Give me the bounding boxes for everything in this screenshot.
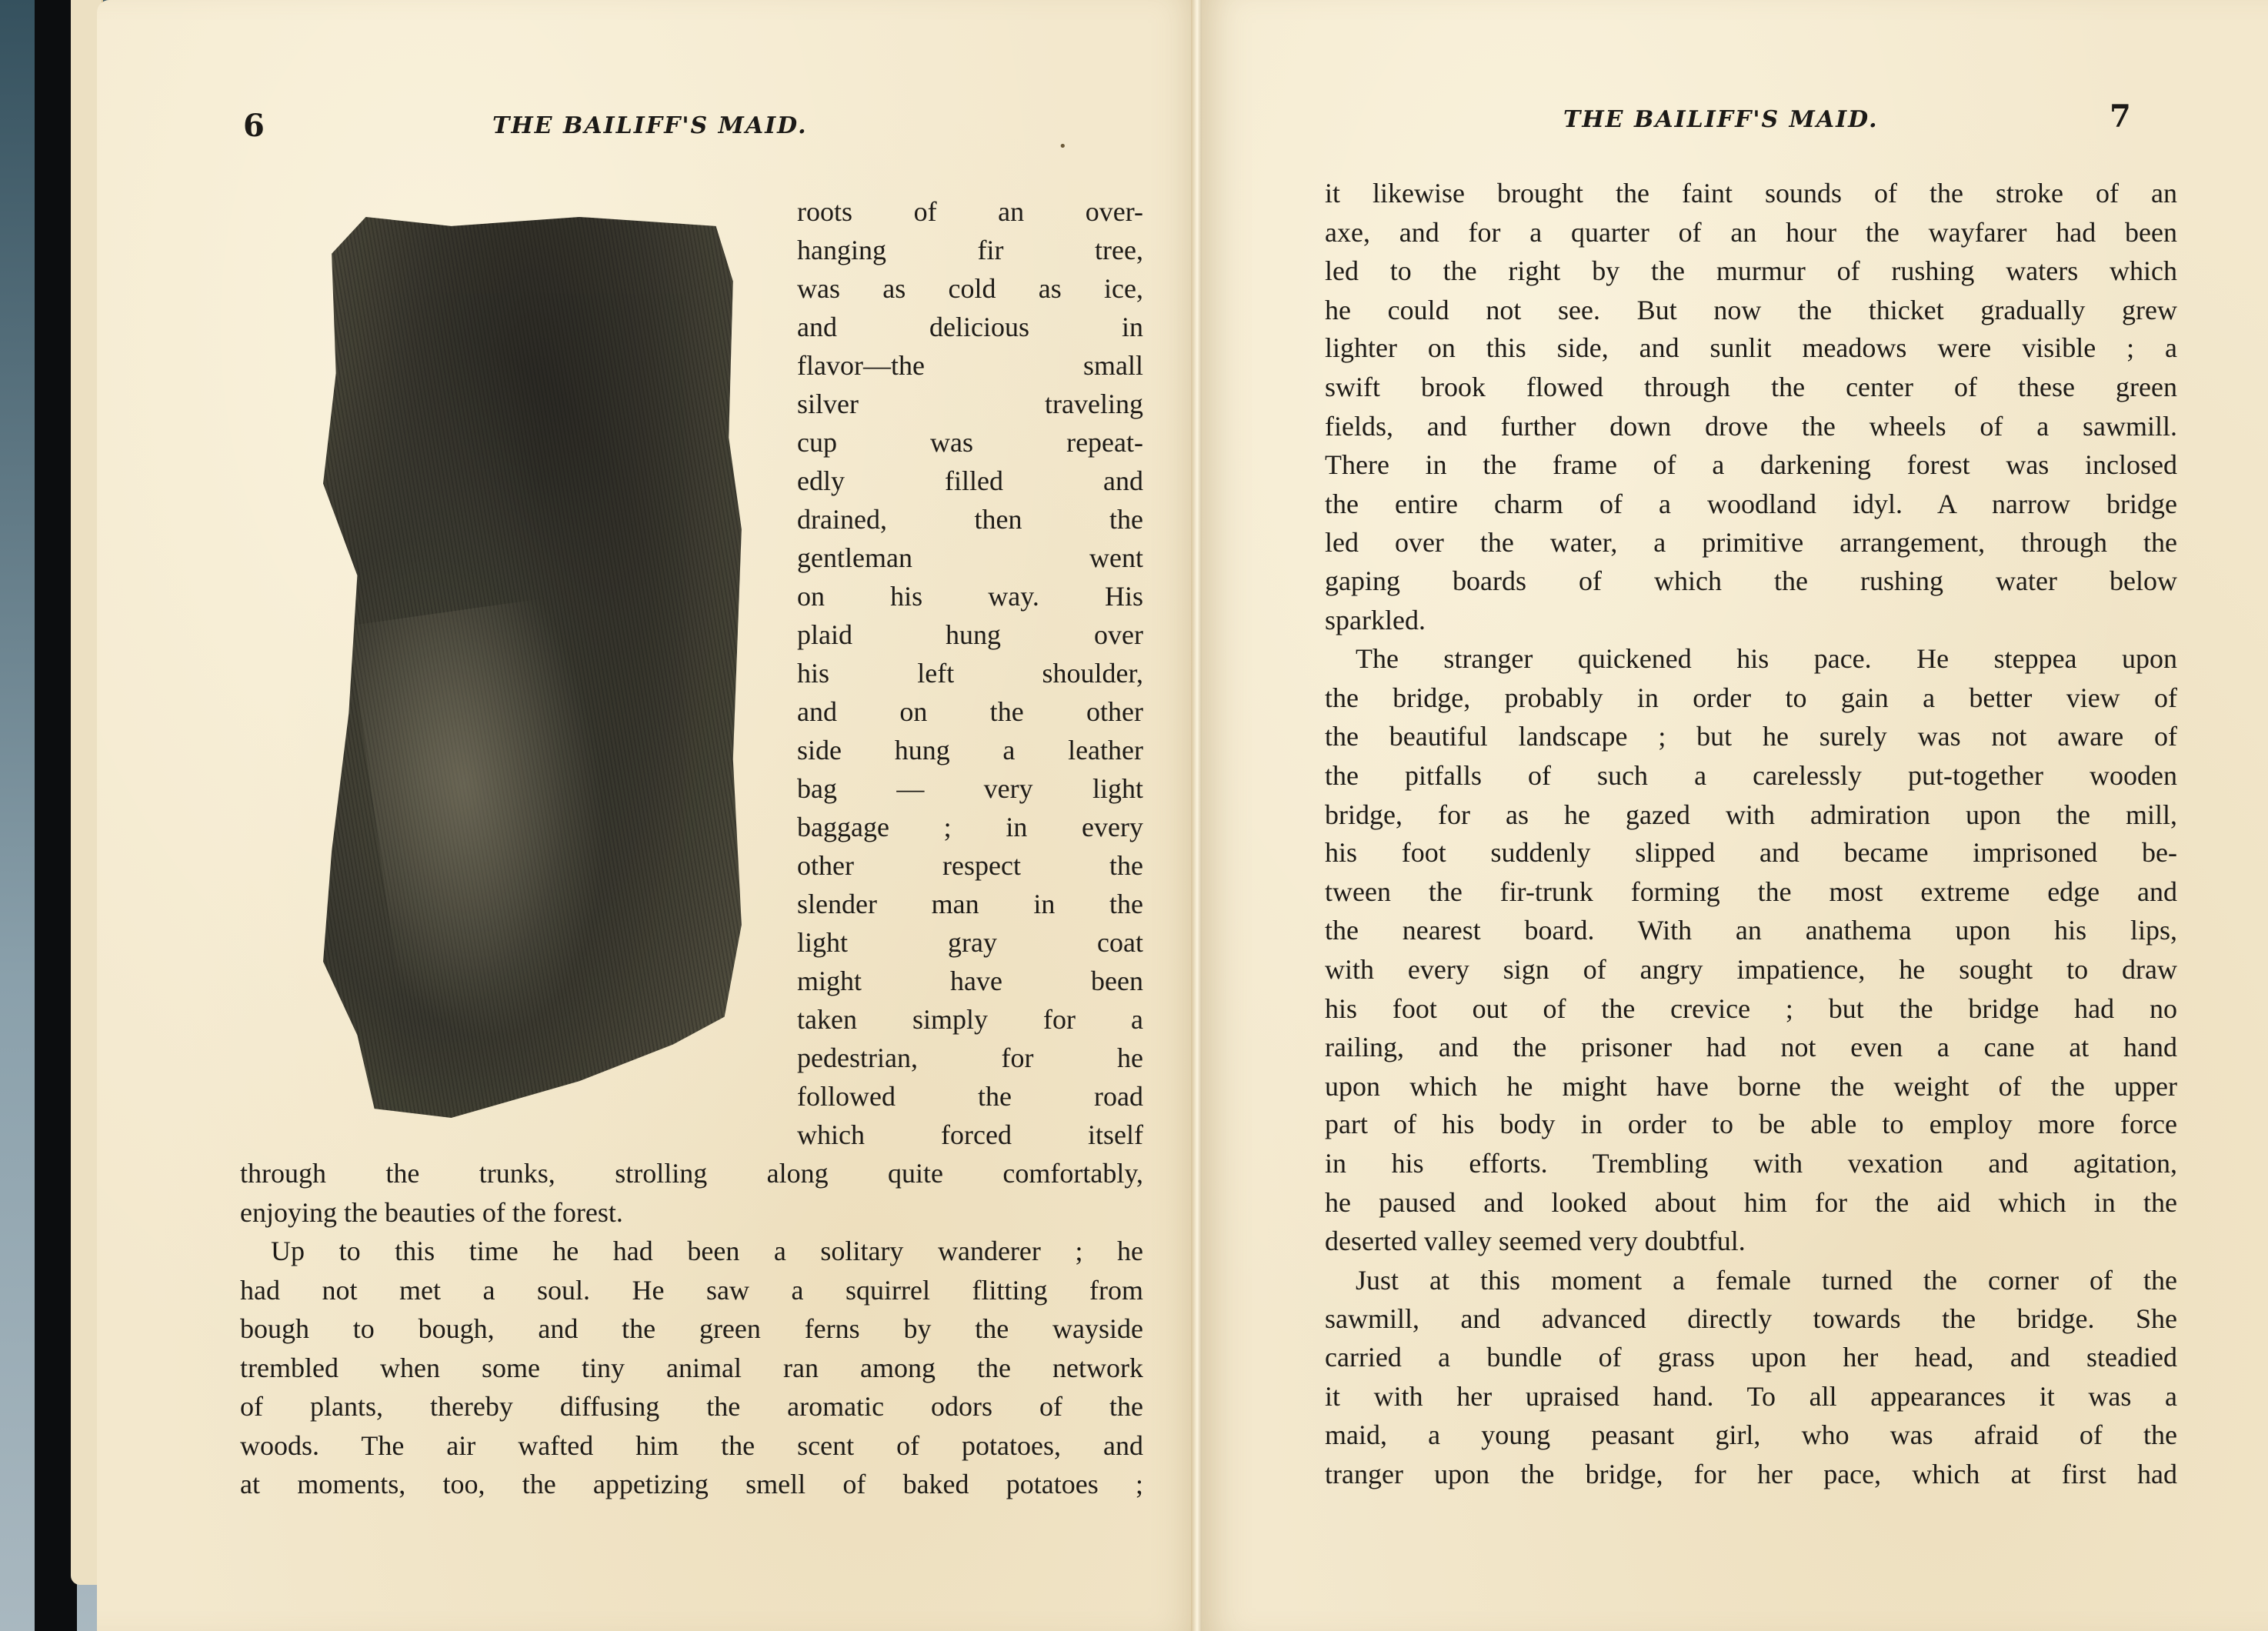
- text-line: bag — very light: [797, 769, 1143, 808]
- text-line: through the trunks, strolling along quit…: [240, 1154, 1143, 1192]
- text-line: deserted valley seemed very doubtful.: [1325, 1222, 2177, 1260]
- text-line: and delicious in: [797, 308, 1143, 346]
- text-line: drained, then the: [797, 500, 1143, 539]
- text-line: silver traveling: [797, 385, 1143, 423]
- text-line: and on the other: [797, 692, 1143, 731]
- text-line: trembled when some tiny animal ran among…: [240, 1349, 1143, 1387]
- text-line: cup was repeat-: [797, 423, 1143, 462]
- book-scan: 6 THE BAILIFF'S MAID. • roots of an over…: [0, 0, 2268, 1631]
- left-page: 6 THE BAILIFF'S MAID. • roots of an over…: [97, 0, 1202, 1631]
- running-head-right: THE BAILIFF'S MAID.: [1563, 106, 1879, 133]
- text-line: Just at this moment a female turned the …: [1325, 1261, 2177, 1299]
- text-line: the bridge, probably in order to gain a …: [1325, 679, 2177, 717]
- text-line: other respect the: [797, 846, 1143, 885]
- text-line: with every sign of angry impatience, he …: [1325, 950, 2177, 989]
- text-line: maid, a young peasant girl, who was afra…: [1325, 1416, 2177, 1454]
- text-line: woods. The air wafted him the scent of p…: [240, 1426, 1143, 1465]
- ink-speck: •: [1059, 138, 1067, 155]
- text-line: tween the fir-trunk forming the most ext…: [1325, 872, 2177, 911]
- text-line: pedestrian, for he: [797, 1039, 1143, 1077]
- text-line: at moments, too, the appetizing smell of…: [240, 1465, 1143, 1503]
- text-line: led to the right by the murmur of rushin…: [1325, 252, 2177, 290]
- text-line: plaid hung over: [797, 615, 1143, 654]
- text-line: light gray coat: [797, 923, 1143, 962]
- text-line: bough to bough, and the green ferns by t…: [240, 1309, 1143, 1348]
- text-line: railing, and the prisoner had not even a…: [1325, 1028, 2177, 1066]
- text-line: he paused and looked about him for the a…: [1325, 1183, 2177, 1222]
- text-line: tranger upon the bridge, for her pace, w…: [1325, 1455, 2177, 1493]
- text-line: was as cold as ice,: [797, 269, 1143, 308]
- text-line: sparkled.: [1325, 601, 2177, 639]
- text-line: he could not see. But now the thicket gr…: [1325, 291, 2177, 329]
- text-line: his left shoulder,: [797, 654, 1143, 692]
- right-page: THE BAILIFF'S MAID. 7 it likewise brough…: [1202, 0, 2268, 1631]
- text-line: followed the road: [797, 1077, 1143, 1116]
- text-line: had not met a soul. He saw a squirrel fl…: [240, 1271, 1143, 1309]
- text-line: There in the frame of a darkening forest…: [1325, 445, 2177, 484]
- engraving-illustration: [323, 208, 750, 1127]
- text-line: led over the water, a primitive arrangem…: [1325, 523, 2177, 562]
- text-line: flavor—the small: [797, 346, 1143, 385]
- text-line: sawmill, and advanced directly towards t…: [1325, 1299, 2177, 1338]
- text-line: it with her upraised hand. To all appear…: [1325, 1377, 2177, 1416]
- text-line: of plants, thereby diffusing the aromati…: [240, 1387, 1143, 1426]
- text-line: which forced itself: [797, 1116, 1143, 1154]
- text-line: might have been: [797, 962, 1143, 1000]
- text-line: his foot out of the crevice ; but the br…: [1325, 989, 2177, 1028]
- text-line: baggage ; in every: [797, 808, 1143, 846]
- text-line: in his efforts. Trembling with vexation …: [1325, 1144, 2177, 1182]
- text-line: edly filled and: [797, 462, 1143, 500]
- page-number-left: 6: [243, 108, 265, 144]
- running-head-left: THE BAILIFF'S MAID.: [492, 112, 808, 139]
- text-line: Up to this time he had been a solitary w…: [240, 1232, 1143, 1270]
- text-line: taken simply for a: [797, 1000, 1143, 1039]
- text-line: lighter on this side, and sunlit meadows…: [1325, 329, 2177, 367]
- text-line: slender man in the: [797, 885, 1143, 923]
- engraving-man-kneeling-in-forest-icon: [348, 594, 636, 1052]
- text-line: enjoying the beauties of the forest.: [240, 1193, 1143, 1232]
- text-line: The stranger quickened his pace. He step…: [1325, 639, 2177, 678]
- text-line: side hung a leather: [797, 731, 1143, 769]
- text-line: upon which he might have borne the weigh…: [1325, 1067, 2177, 1106]
- text-line: the pitfalls of such a carelessly put-to…: [1325, 756, 2177, 795]
- text-line: bridge, for as he gazed with admiration …: [1325, 795, 2177, 834]
- text-line: the beautiful landscape ; but he surely …: [1325, 717, 2177, 755]
- text-line: swift brook flowed through the center of…: [1325, 368, 2177, 406]
- text-line: gentleman went: [797, 539, 1143, 577]
- page-number-right: 7: [2110, 98, 2131, 135]
- text-line: gaping boards of which the rushing water…: [1325, 562, 2177, 600]
- text-line: hanging fir tree,: [797, 231, 1143, 269]
- text-line: on his way. His: [797, 577, 1143, 615]
- text-line: his foot suddenly slipped and became imp…: [1325, 833, 2177, 872]
- text-line: it likewise brought the faint sounds of …: [1325, 174, 2177, 212]
- text-line: axe, and for a quarter of an hour the wa…: [1325, 213, 2177, 252]
- text-line: roots of an over-: [797, 192, 1143, 231]
- text-line: the entire charm of a woodland idyl. A n…: [1325, 485, 2177, 523]
- text-line: the nearest board. With an anathema upon…: [1325, 911, 2177, 949]
- text-line: fields, and further down drove the wheel…: [1325, 407, 2177, 445]
- text-line: carried a bundle of grass upon her head,…: [1325, 1338, 2177, 1376]
- text-line: part of his body in order to be able to …: [1325, 1105, 2177, 1143]
